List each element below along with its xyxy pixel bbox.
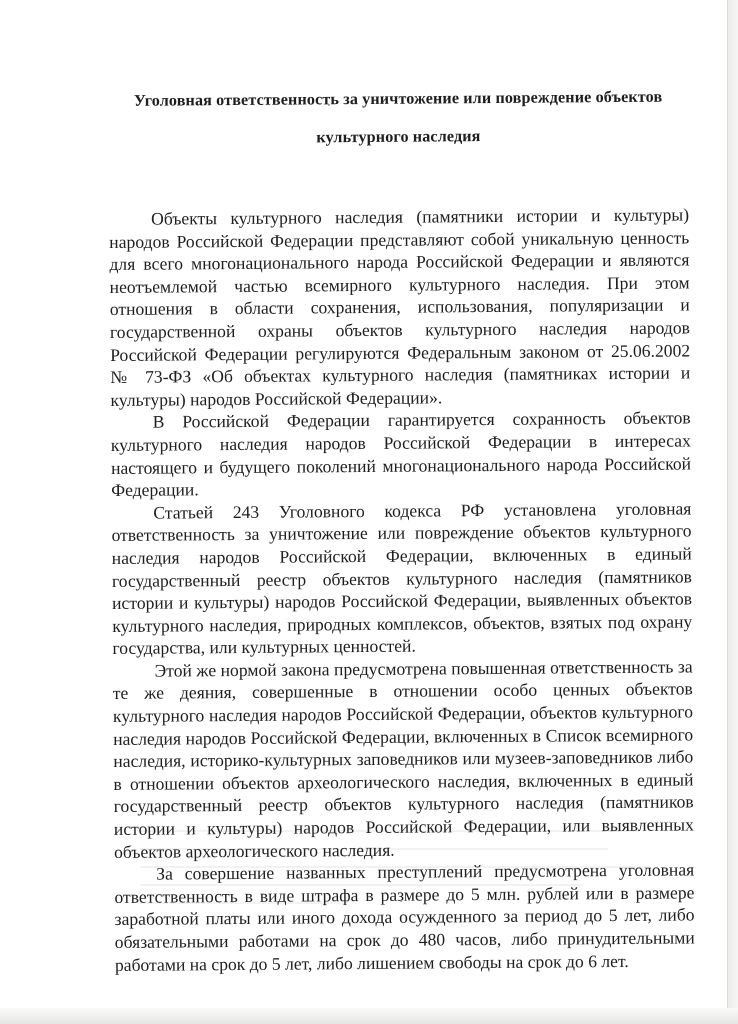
- scanned-page: Уголовная ответственность за уничтожение…: [0, 0, 728, 1024]
- title-line-2: культурного наследия: [108, 115, 688, 158]
- paragraph-article-243: Статьей 243 Уголовного кодекса РФ устано…: [111, 497, 692, 660]
- scan-bottom-shadow: [0, 1008, 738, 1024]
- title-line-1: Уголовная ответственность за уничтожение…: [108, 77, 688, 120]
- paragraph-cultural-heritage-intro: Объекты культурного наследия (памятники …: [109, 203, 691, 411]
- page-edge: [728, 0, 738, 1024]
- paragraph-preservation-guarantee: В Российской Федерации гарантируется сох…: [111, 407, 692, 502]
- scan-speck: [400, 900, 402, 902]
- document-title: Уголовная ответственность за уничтожение…: [108, 77, 689, 158]
- scan-speck: [328, 104, 330, 106]
- bleed-through-text: [140, 830, 660, 980]
